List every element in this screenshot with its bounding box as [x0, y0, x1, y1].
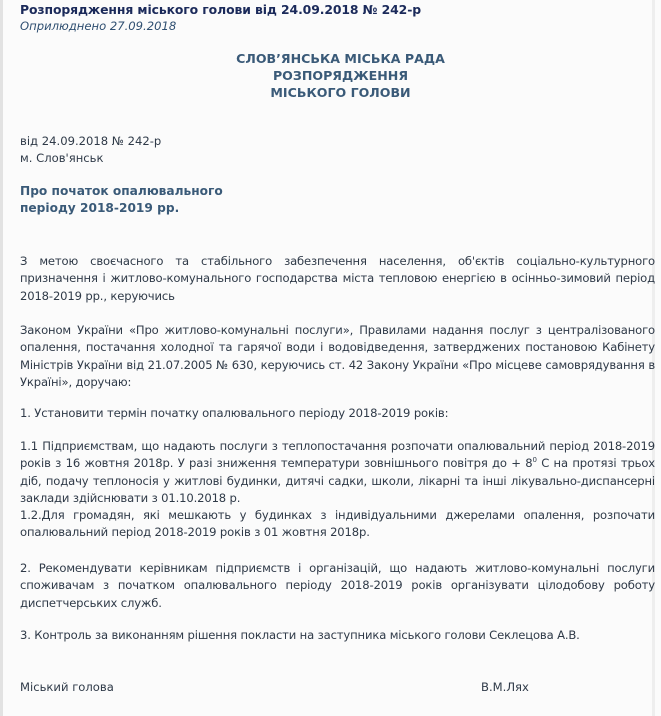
item-2: 2. Рекомендувати керівникам підприємств …	[20, 560, 655, 612]
preamble-paragraph: З метою своєчасного та стабільного забез…	[20, 253, 655, 305]
document-title: Розпорядження міського голови від 24.09.…	[20, 2, 421, 17]
legal-basis-paragraph: Законом України «Про житлово-комунальні …	[20, 322, 655, 391]
item-3: 3. Контроль за виконанням рішення поклас…	[20, 627, 655, 644]
order-city: м. Слов'янськ	[20, 151, 104, 165]
subject-line-2: періоду 2018-2019 рр.	[20, 200, 223, 217]
order-subject: Про початок опалювального періоду 2018-2…	[20, 183, 223, 217]
order-date-number: від 24.09.2018 № 242-р	[20, 134, 161, 148]
signature-position: Міський голова	[20, 680, 114, 694]
item-1-2: 1.2.Для громадян, які мешкають у будинка…	[20, 507, 655, 542]
document-heading: СЛОВ’ЯНСЬКА МІСЬКА РАДА РОЗПОРЯДЖЕННЯ МІ…	[20, 50, 656, 101]
subject-line-1: Про початок опалювального	[20, 183, 223, 200]
published-date: Оприлюднено 27.09.2018	[20, 19, 176, 33]
signature-name: В.М.Лях	[481, 680, 529, 694]
heading-order: РОЗПОРЯДЖЕННЯ	[25, 67, 656, 84]
heading-mayor: МІСЬКОГО ГОЛОВИ	[25, 84, 656, 101]
heading-council: СЛОВ’ЯНСЬКА МІСЬКА РАДА	[25, 50, 656, 67]
document-frame: Розпорядження міського голови від 24.09.…	[0, 0, 655, 716]
item-1: 1. Установити термін початку опалювально…	[20, 405, 655, 422]
item-1-1: 1.1 Підприємствам, що надають послуги з …	[20, 438, 655, 507]
